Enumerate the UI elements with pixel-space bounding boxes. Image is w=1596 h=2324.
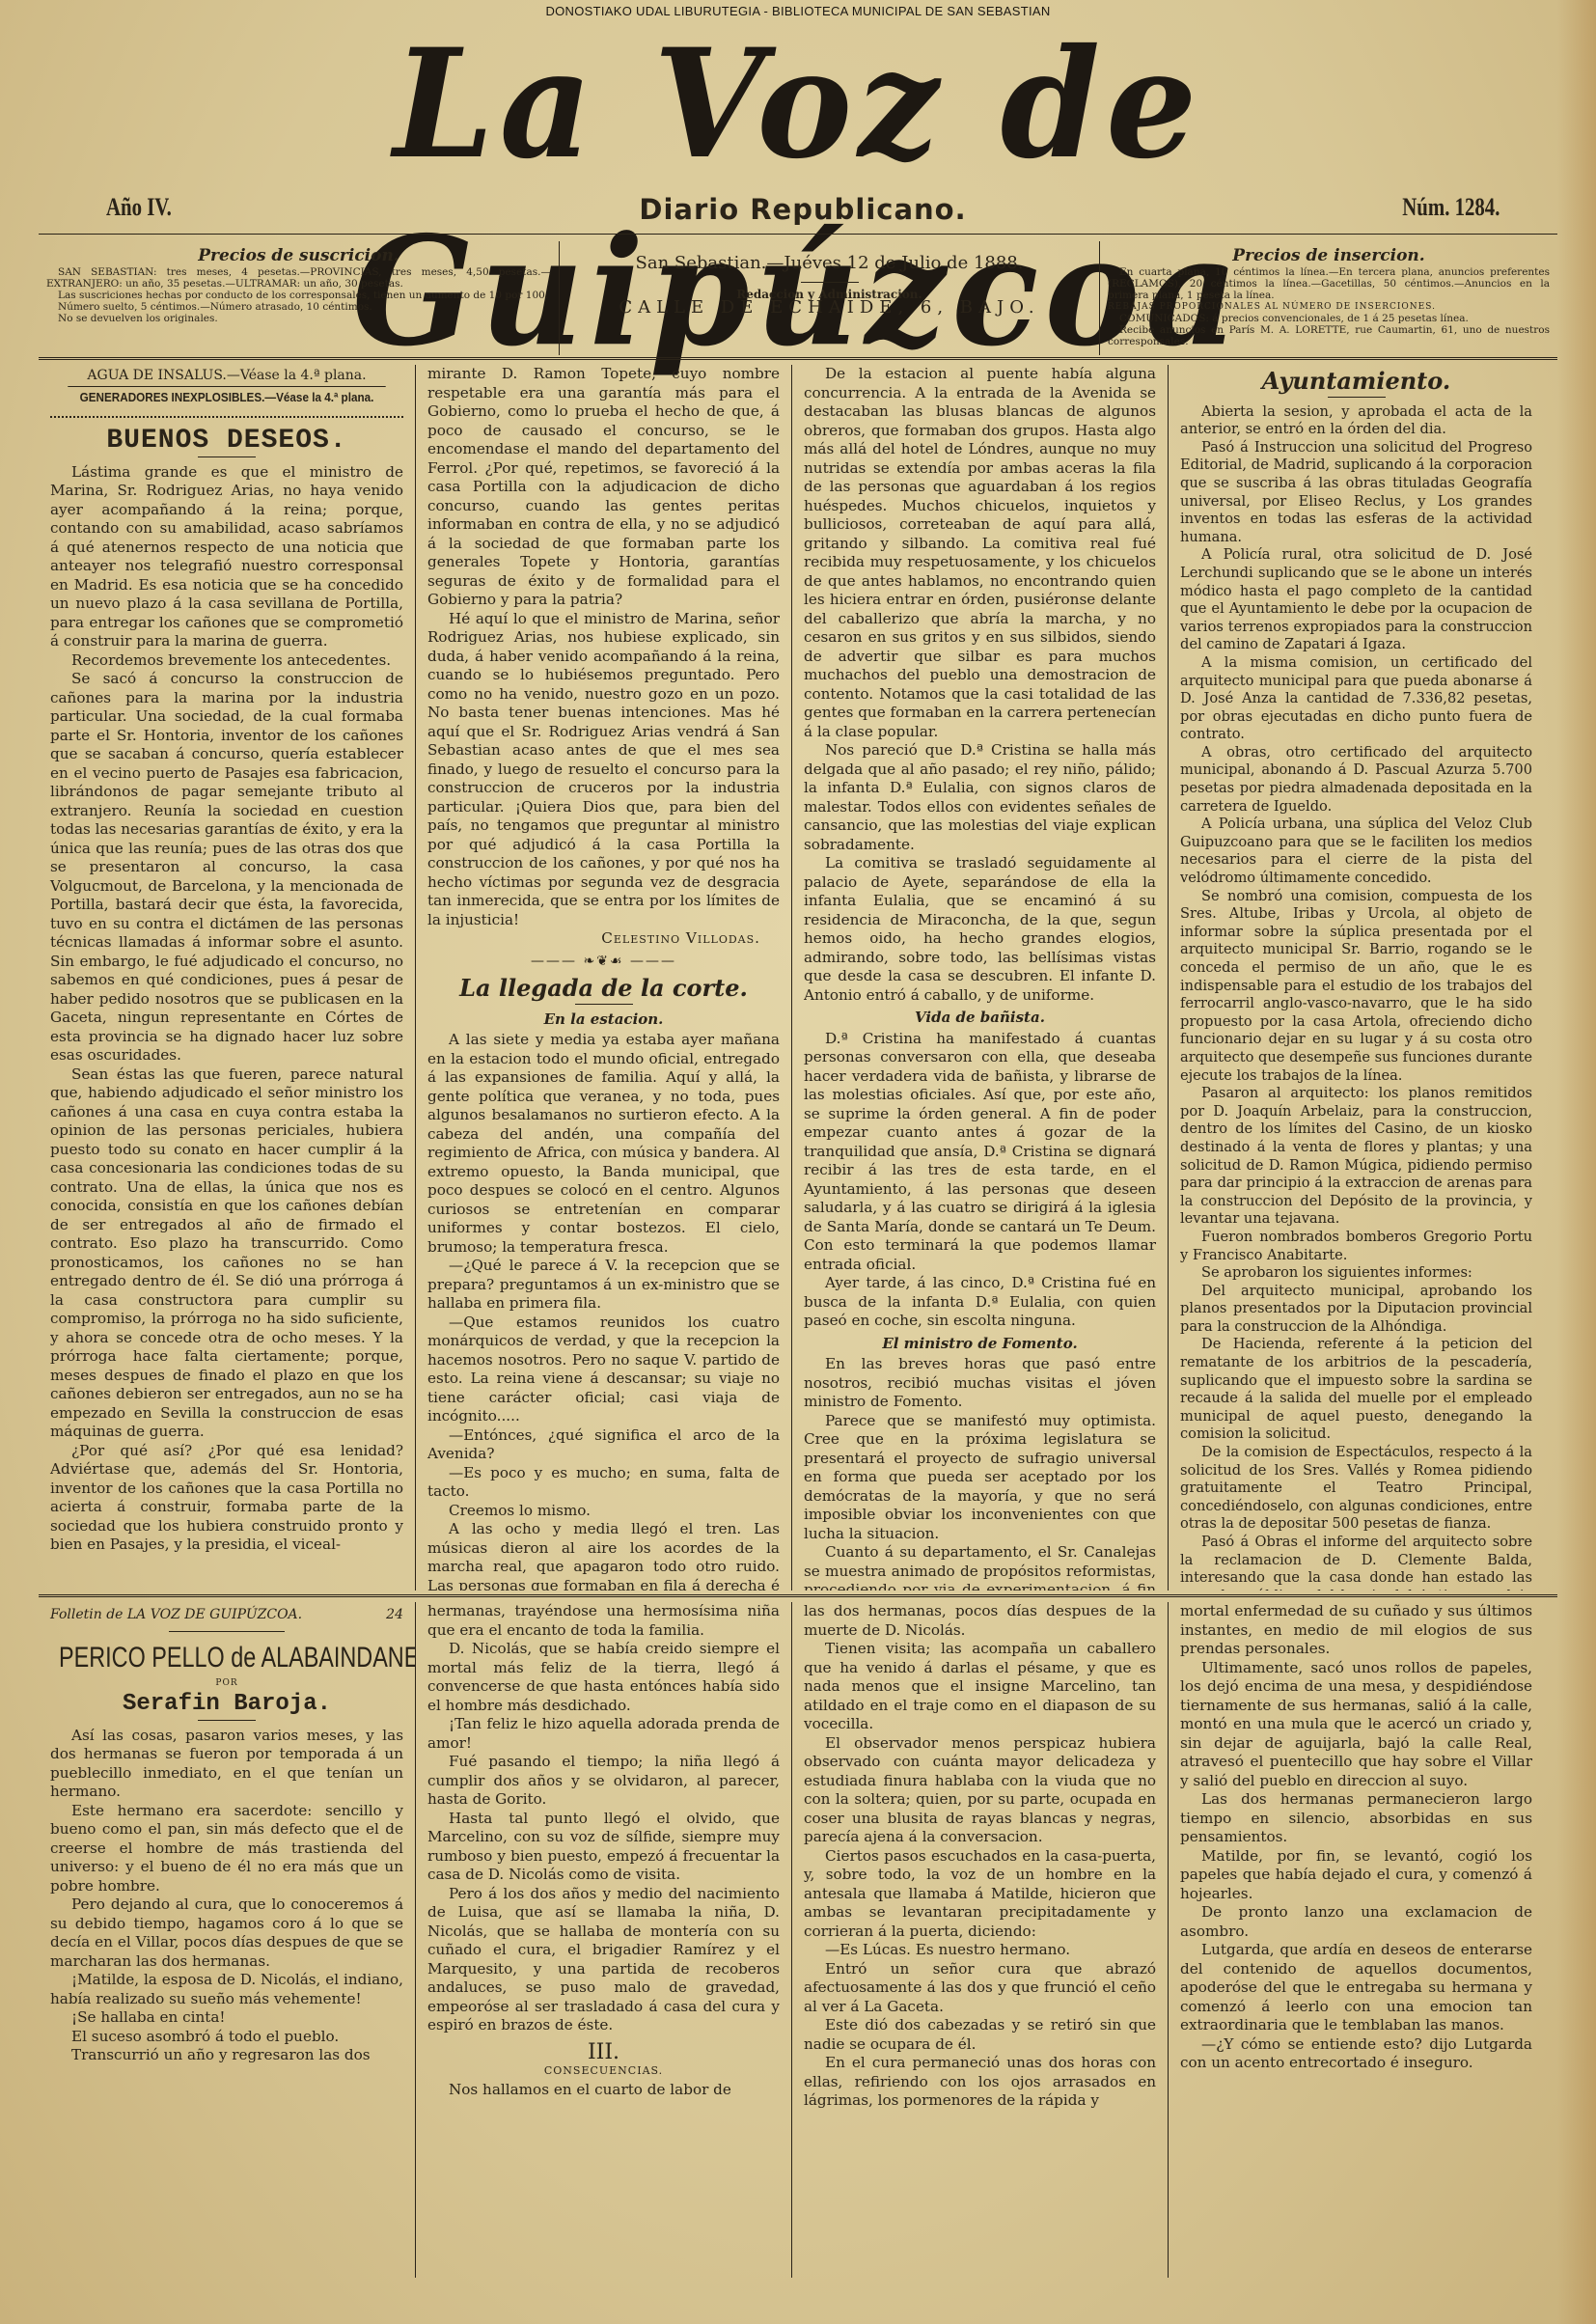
article-title-llegada: La llegada de la corte. [427,979,780,998]
folletin-label: Folletin de LA VOZ DE GUIPÚZCOA. [50,1606,302,1625]
paragraph: Este hermano era sacerdote: sencillo y b… [50,1802,403,1896]
paragraph: A las ocho y media llegó el tren. Las mú… [427,1520,780,1591]
paragraph: D. Nicolás, que se había creido siempre … [427,1640,780,1715]
paragraph: ¿Por qué así? ¿Por qué esa lenidad? Advi… [50,1442,403,1555]
signature: Celestino Villodas. [427,929,780,949]
paragraph: ¡Tan feliz le hizo aquella adorada prend… [427,1715,780,1753]
issue-number: Núm. 1284. [1402,193,1500,222]
paragraph: Pero á los dos años y medio del nacimien… [427,1885,780,2035]
insertion-line: REBAJAS PROPORCIONALES AL NÚMERO DE INSE… [1108,301,1550,313]
paragraph: A la misma comision, un certificado del … [1180,654,1532,744]
paragraph: las dos hermanas, pocos días despues de … [804,1602,1156,1640]
divider [1328,397,1386,398]
paragraph: Pasó á Obras el informe del arquitecto s… [1180,1534,1532,1591]
paragraph: D.ª Cristina ha manifestado á cuantas pe… [804,1030,1156,1275]
paragraph: Sean éstas las que fueren, parece natura… [50,1065,403,1442]
address: CALLE DE ECHAIDE, 6, BAJO. [567,302,1091,314]
paragraph: Hasta tal punto llegó el olvido, que Mar… [427,1810,780,1885]
masthead-subline: Año IV. Diario Republicano. Núm. 1284. [106,193,1500,228]
ornament-divider: ——— ❧❦☙ ——— [427,953,780,972]
divider [198,1720,256,1721]
paragraph: Pasaron al arquitecto: los planos remiti… [1180,1085,1532,1229]
paragraph: ¡Matilde, la esposa de D. Nicolás, el in… [50,1971,403,2008]
paragraph: Transcurrió un año y regresaron las dos [50,2046,403,2065]
paragraph: Fueron nombrados bomberos Gregorio Portu… [1180,1229,1532,1264]
wavy-divider [50,408,403,418]
paragraph: ¡Se hallaba en cinta! [50,2008,403,2028]
folletin-divider [39,1594,1557,1597]
paragraph: De pronto lanzo una exclamacion de asomb… [1180,1903,1532,1941]
paragraph: El suceso asombró á todo el pueblo. [50,2028,403,2047]
paragraph: Lástima grande es que el ministro de Mar… [50,463,403,651]
masthead: La Voz de Guipúzcoa [0,19,1596,198]
paragraph: Ayer tarde, á las cinco, D.ª Cristina fu… [804,1274,1156,1331]
paragraph: De la estacion al puente había alguna co… [804,365,1156,741]
paragraph: Matilde, por fin, se levantó, cogió los … [1180,1847,1532,1904]
insertion-line: COMUNICADOS: á precios convencionales, d… [1108,313,1550,324]
chapter-title: CONSECUENCIAS. [427,2061,780,2081]
info-band: Precios de suscricion. SAN SEBASTIAN: tr… [39,241,1557,355]
insertion-line: En cuarta plana, 10 céntimos la línea.—E… [1108,266,1550,301]
article-title-buenos-deseos: BUENOS DESEOS. [50,431,403,451]
subscription-line: No se devuelven los originales. [46,313,551,324]
paragraph: mirante D. Ramon Topete, cuyo nombre res… [427,365,780,610]
paragraph: Recordemos brevemente los antecedentes. [50,651,403,671]
paragraph: A obras, otro certificado del arquitecto… [1180,744,1532,816]
installment-number: 24 [386,1606,403,1625]
paragraph: Fué pasando el tiempo; la niña llegó á c… [427,1753,780,1810]
paragraph: Ultimamente, sacó unos rollos de papeles… [1180,1659,1532,1791]
paragraph: Entró un señor cura que abrazó afectuosa… [804,1960,1156,2017]
paragraph: —Es poco y es mucho; en suma, falta de t… [427,1464,780,1502]
masthead-rule [39,234,1557,235]
paragraph: La comitiva se trasladó seguidamente al … [804,854,1156,1005]
paragraph: Este dió dos cabezadas y se retiró sin q… [804,2016,1156,2054]
subscription-line: SAN SEBASTIAN: tres meses, 4 pesetas.—PR… [46,266,551,290]
date-and-address: San Sebastian.—Juéves 12 de Julio de 188… [560,241,1100,355]
paragraph: El observador menos perspicaz hubiera ob… [804,1734,1156,1847]
column-1: AGUA DE INSALUS.—Véase la 4.ª plana. GEN… [39,365,415,1591]
paragraph: A Policía urbana, una súplica del Veloz … [1180,816,1532,887]
column-2: mirante D. Ramon Topete, cuyo nombre res… [415,365,791,1591]
paragraph: hermanas, trayéndose una hermosísima niñ… [427,1602,780,1640]
column-3: De la estacion al puente había alguna co… [791,365,1168,1591]
paragraph: Ciertos pasos escuchados en la casa-puer… [804,1847,1156,1942]
paragraph: A Policía rural, otra solicitud de D. Jo… [1180,546,1532,654]
subscription-prices: Precios de suscricion. SAN SEBASTIAN: tr… [39,241,560,355]
ad-generadores: GENERADORES INEXPLOSIBLES.—Véase la 4.ª … [68,386,385,408]
folletin-column-1: Folletin de LA VOZ DE GUIPÚZCOA. 24 PERI… [39,1602,415,2278]
folletin-column-3: las dos hermanas, pocos días despues de … [791,1602,1168,2278]
paragraph: Nos pareció que D.ª Cristina se halla má… [804,741,1156,854]
paragraph: Tienen visita; las acompaña un caballero… [804,1640,1156,1734]
folletin-column-4: mortal enfermedad de su cuñado y sus últ… [1168,1602,1544,2278]
paragraph: Hé aquí lo que el ministro de Marina, se… [427,610,780,930]
front-page-columns: AGUA DE INSALUS.—Véase la 4.ª plana. GEN… [39,365,1557,1591]
paragraph: Pero dejando al cura, que lo conoceremos… [50,1895,403,1971]
novel-title: PERICO PELLO de ALABAINDANERE [59,1642,395,1674]
subtitle: Diario Republicano. [106,193,1500,226]
paragraph: Abierta la sesion, y aprobada el acta de… [1180,403,1532,439]
folletin-column-2: hermanas, trayéndose una hermosísima niñ… [415,1602,791,2278]
paragraph: Cuanto á su departamento, el Sr. Canalej… [804,1543,1156,1591]
subscription-line: Las suscriciones hechas por conducto de … [46,290,551,301]
paragraph: Parece que se manifestó muy optimista. C… [804,1412,1156,1544]
section-title: El ministro de Fomento. [804,1335,1156,1354]
section-title: Vida de bañista. [804,1009,1156,1028]
paragraph: Del arquitecto municipal, aprobando los … [1180,1283,1532,1337]
column-4: Ayuntamiento. Abierta la sesion, y aprob… [1168,365,1544,1591]
folletin-header: Folletin de LA VOZ DE GUIPÚZCOA. 24 [50,1606,403,1625]
chapter-number: III. [427,2043,780,2062]
date-line: San Sebastian.—Juéves 12 de Julio de 188… [567,251,1091,276]
ad-agua-insalus: AGUA DE INSALUS.—Véase la 4.ª plana. [50,365,403,386]
info-band-rule [39,357,1557,360]
paragraph: En el cura permaneció unas dos horas con… [804,2054,1156,2111]
paragraph: Pasó á Instruccion una solicitud del Pro… [1180,439,1532,547]
paragraph: Se sacó á concurso la construccion de ca… [50,670,403,1065]
paragraph: —Que estamos reunidos los cuatro monárqu… [427,1314,780,1426]
paragraph: —¿Qué le parece á V. la recepcion que se… [427,1257,780,1314]
paragraph: De la comision de Espectáculos, respecto… [1180,1444,1532,1534]
insertion-title: Precios de insercion. [1108,245,1550,266]
paragraph: En las breves horas que pasó entre nosot… [804,1355,1156,1412]
section-title: En la estacion. [427,1010,780,1030]
paragraph: Se aprobaron los siguientes informes: [1180,1264,1532,1283]
subscription-title: Precios de suscricion. [46,245,551,266]
paragraph: Creemos lo mismo. [427,1502,780,1521]
folletin-columns: Folletin de LA VOZ DE GUIPÚZCOA. 24 PERI… [39,1602,1557,2278]
paragraph: —¿Y cómo se entiende esto? dijo Lutgarda… [1180,2035,1532,2073]
insertion-line: Recibe anuncios en París M. A. LORETTE, … [1108,324,1550,347]
divider [169,1631,285,1632]
divider [198,456,256,457]
paragraph: mortal enfermedad de su cuñado y sus últ… [1180,1602,1532,1659]
paragraph: A las siete y media ya estaba ayer mañan… [427,1031,780,1257]
subscription-line: Número suelto, 5 céntimos.—Número atrasa… [46,301,551,313]
paragraph: Las dos hermanas permanecieron largo tie… [1180,1790,1532,1847]
article-title-ayuntamiento: Ayuntamiento. [1180,373,1532,391]
author-name: Serafin Baroja. [50,1695,403,1714]
paragraph: Nos hallamos en el cuarto de labor de [427,2081,780,2100]
paragraph: Lutgarda, que ardía en deseos de enterar… [1180,1941,1532,2035]
paragraph: De Hacienda, referente á la peticion del… [1180,1336,1532,1444]
divider [575,1004,633,1005]
paragraph: Se nombró una comision, compuesta de los… [1180,888,1532,1086]
paragraph: —Es Lúcas. Es nuestro hermano. [804,1941,1156,1960]
insertion-prices: Precios de insercion. En cuarta plana, 1… [1100,241,1557,355]
paragraph: Así las cosas, pasaron varios meses, y l… [50,1727,403,1802]
divider [801,282,859,283]
paragraph: —Entónces, ¿qué significa el arco de la … [427,1426,780,1464]
